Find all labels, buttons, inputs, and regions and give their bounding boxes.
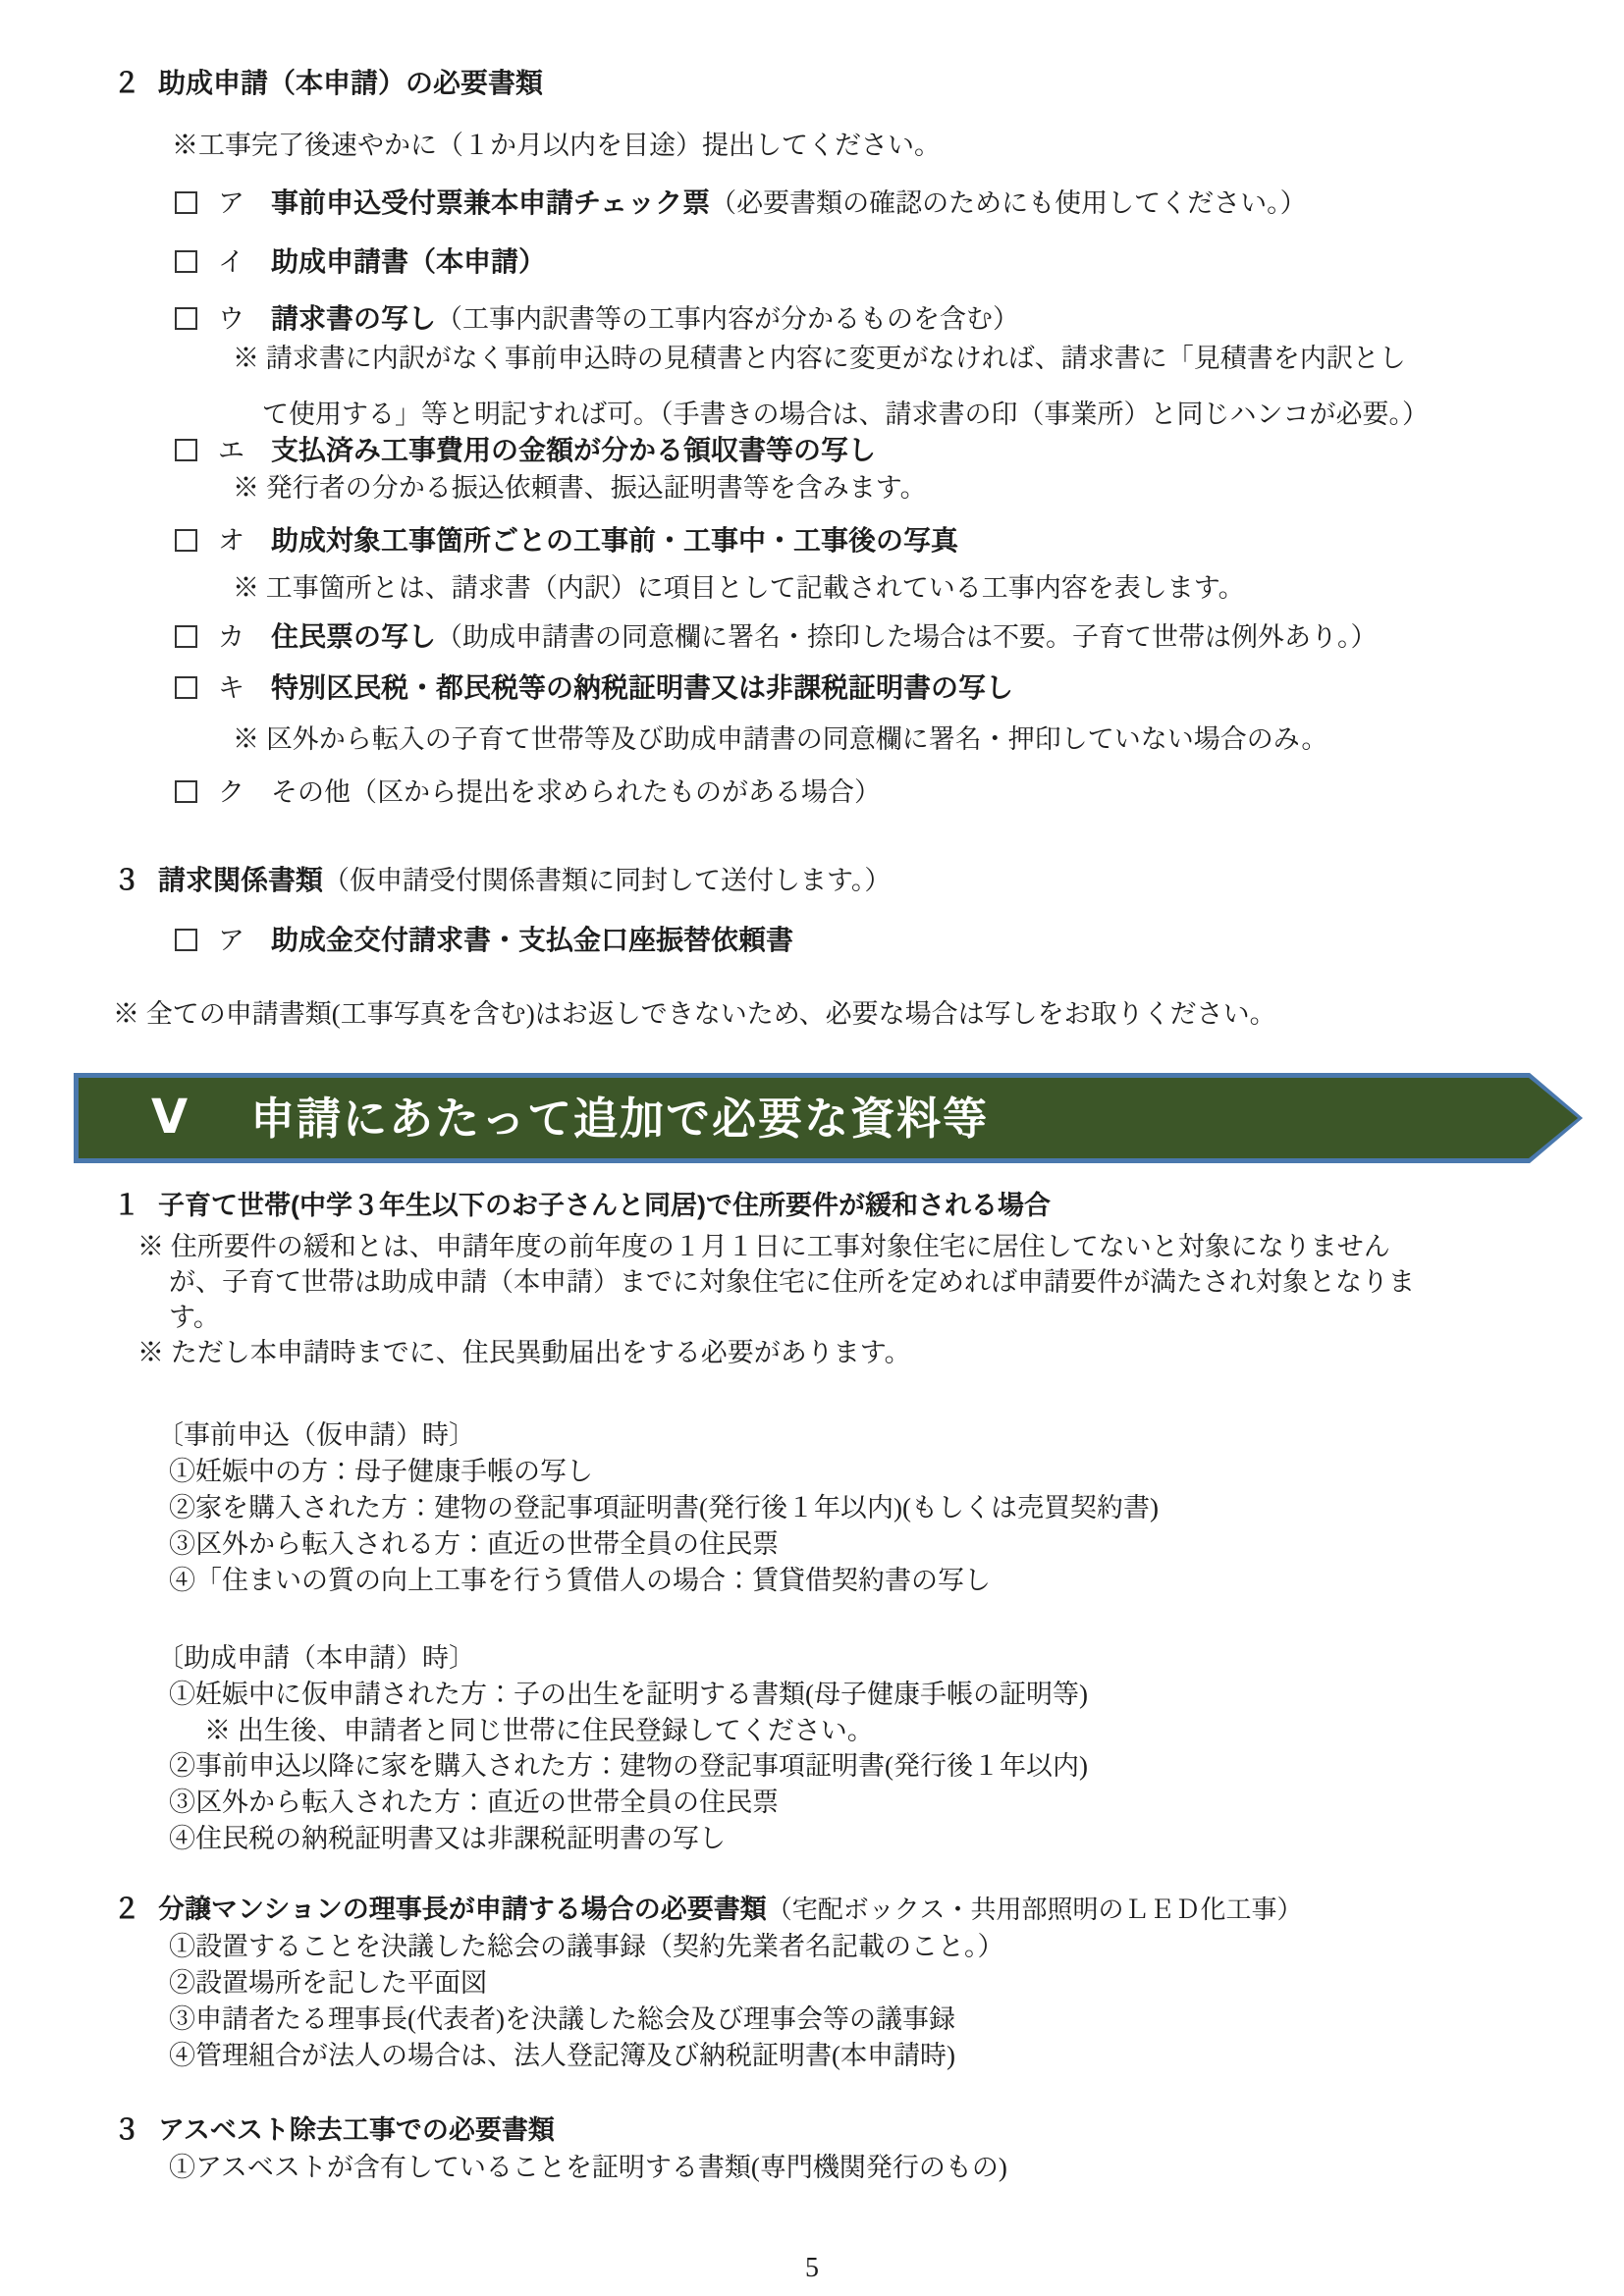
v2-item: ③申請者たる理事長(代表者)を決議した総会及び理事会等の議事録	[169, 2002, 1624, 2038]
v2-item: ①設置することを決議した総会の議事録（契約先業者名記載のこと。）	[169, 1929, 1624, 1965]
section-v2-suffix: （宅配ボックス・共用部照明のＬＥＤ化工事）	[767, 1895, 1303, 1924]
document-page: ２助成申請（本申請）の必要書類 ※工事完了後速やかに（１か月以内を目途）提出して…	[0, 0, 1624, 2296]
item-kana: カ	[218, 618, 247, 656]
item-kana: ウ	[218, 300, 247, 338]
section-v2-title: 分譲マンションの理事長が申請する場合の必要書類	[158, 1895, 767, 1924]
section-v3-number: ３	[113, 2111, 158, 2149]
item-suffix: （工事内訳書等の工事内容が分かるものを含む）	[436, 304, 1019, 334]
main-application-label: 〔助成申請（本申請）時〕	[157, 1640, 1624, 1677]
item-kana: エ	[218, 432, 247, 469]
section-3-number: ３	[113, 862, 158, 899]
section-v-banner-inner: Ⅴ 申請にあたって追加で必要な資料等	[79, 1078, 1578, 1158]
v1-note-line1: ※ 住所要件の緩和とは、申請年度の前年度の１月１日に工事対象住宅に居住してないと…	[137, 1229, 1624, 1264]
checklist-item-ku: ク その他（区から提出を求められたものがある場合）	[175, 774, 1624, 811]
item-name: 特別区民税・都民税等の納税証明書又は非課税証明書の写し	[271, 672, 1013, 703]
section-2-lead-note: ※工事完了後速やかに（１か月以内を目途）提出してください。	[172, 128, 1624, 163]
item-note: ※ 請求書に内訳がなく事前申込時の見積書と内容に変更がなければ、請求書に「見積書…	[233, 340, 1624, 377]
v2-item: ④管理組合が法人の場合は、法人登記簿及び納税証明書(本申請時)	[169, 2038, 1624, 2074]
section-3-title: 請求関係書類	[158, 865, 323, 895]
main-application-item: ③区外から転入された方：直近の世帯全員の住民票	[169, 1785, 1624, 1821]
section-v3-heading: ３アスベスト除去工事での必要書類	[113, 2111, 1624, 2150]
section-v2-heading: ２分譲マンションの理事長が申請する場合の必要書類（宅配ボックス・共用部照明のＬＥ…	[113, 1891, 1624, 1929]
return-documents-note: ※ 全ての申請書類(工事写真を含む)はお返しできないため、必要な場合は写しをお取…	[113, 996, 1624, 1032]
v3-item: ①アスベストが含有していることを証明する書類(専門機関発行のもの)	[169, 2150, 1624, 2186]
section-2-number: ２	[113, 65, 158, 102]
item-kana: ア	[218, 922, 247, 959]
checklist-item-u: ウ 請求書の写し（工事内訳書等の工事内容が分かるものを含む）	[175, 300, 1624, 338]
item-name: 助成金交付請求書・支払金口座振替依頼書	[271, 925, 793, 955]
item-note-continued: て使用する」等と明記すれば可。（手書きの場合は、請求書の印（事業所）と同じハンコ…	[262, 397, 1624, 432]
main-application-item: ①妊娠中に仮申請された方：子の出生を証明する書類(母子健康手帳の証明等)	[169, 1677, 1624, 1713]
checkbox-icon	[175, 191, 197, 214]
v2-item: ②設置場所を記した平面図	[169, 1965, 1624, 2002]
section-v1-heading: １子育て世帯(中学３年生以下のお子さんと同居)で住所要件が緩和される場合	[113, 1187, 1624, 1225]
section-v1-title: 子育て世帯(中学３年生以下のお子さんと同居)で住所要件が緩和される場合	[158, 1191, 1051, 1220]
section-3-suffix: （仮申請受付関係書類に同封して送付します。）	[323, 866, 891, 895]
checkbox-icon	[175, 676, 197, 699]
v1-note2: ※ ただし本申請時までに、住民異動届出をする必要があります。	[137, 1335, 1624, 1370]
item-kana: キ	[218, 669, 247, 707]
item-name: 支払済み工事費用の金額が分かる領収書等の写し	[271, 435, 876, 465]
checkbox-icon	[175, 625, 197, 648]
checkbox-icon	[175, 250, 197, 273]
item-kana: ア	[218, 185, 247, 222]
pre-application-item: ④「住まいの質の向上工事を行う賃借人の場合：賃貸借契約書の写し	[169, 1563, 1624, 1599]
pre-application-item: ②家を購入された方：建物の登記事項証明書(発行後１年以内)(もしくは売買契約書)	[169, 1490, 1624, 1526]
section-v-banner: Ⅴ 申請にあたって追加で必要な資料等	[74, 1073, 1583, 1163]
item-kana: オ	[218, 522, 247, 560]
page-number: 5	[0, 2251, 1624, 2286]
section-v3-title: アスベスト除去工事での必要書類	[158, 2115, 555, 2145]
checkbox-icon	[175, 307, 197, 330]
checklist-item-ki: キ 特別区民税・都民税等の納税証明書又は非課税証明書の写し	[175, 669, 1624, 707]
item-name-plain: その他（区から提出を求められたものがある場合）	[271, 774, 1624, 811]
checkbox-icon	[175, 929, 197, 951]
main-application-item: ④住民税の納税証明書又は非課税証明書の写し	[169, 1821, 1624, 1857]
item-kana: ク	[218, 774, 247, 811]
pre-application-label: 〔事前申込（仮申請）時〕	[157, 1417, 1624, 1454]
item-name: 助成申請書（本申請）	[271, 246, 546, 277]
checklist-item-a: ア 事前申込受付票兼本申請チェック票（必要書類の確認のためにも使用してください。…	[175, 185, 1624, 222]
checkbox-icon	[175, 780, 197, 803]
main-application-item: ②事前申込以降に家を購入された方：建物の登記事項証明書(発行後１年以内)	[169, 1748, 1624, 1785]
section-v-number: Ⅴ	[151, 1095, 188, 1142]
item-name: 助成対象工事箇所ごとの工事前・工事中・工事後の写真	[271, 525, 958, 556]
section-v1-number: １	[113, 1187, 158, 1224]
v1-note-line2: が、子育て世帯は助成申請（本申請）までに対象住宅に住所を定めれば申請要件が満たさ…	[169, 1264, 1624, 1300]
checklist-item-i: イ 助成申請書（本申請）	[175, 243, 1624, 281]
checklist-item-e: エ 支払済み工事費用の金額が分かる領収書等の写し	[175, 432, 1624, 469]
main-application-item-note: ※ 出生後、申請者と同じ世帯に住民登録してください。	[204, 1713, 1624, 1748]
checkbox-icon	[175, 529, 197, 552]
item-suffix: （助成申請書の同意欄に署名・捺印した場合は不要。子育て世帯は例外あり。）	[436, 622, 1378, 652]
checklist-item-ka: カ 住民票の写し（助成申請書の同意欄に署名・捺印した場合は不要。子育て世帯は例外…	[175, 618, 1624, 656]
item-note: ※ 区外から転入の子育て世帯等及び助成申請書の同意欄に署名・押印していない場合の…	[233, 721, 1624, 758]
section-v2-number: ２	[113, 1891, 158, 1928]
pre-application-item: ①妊娠中の方：母子健康手帳の写し	[169, 1454, 1624, 1490]
checklist-item-o: オ 助成対象工事箇所ごとの工事前・工事中・工事後の写真	[175, 522, 1624, 560]
item-note: ※ 発行者の分かる振込依頼書、振込証明書等を含みます。	[233, 469, 1624, 507]
section-v-title: 申請にあたって追加で必要な資料等	[250, 1096, 989, 1141]
item-note: ※ 工事箇所とは、請求書（内訳）に項目として記載されている工事内容を表します。	[233, 569, 1624, 607]
section-2-title: 助成申請（本申請）の必要書類	[158, 68, 543, 98]
item-kana: イ	[218, 243, 247, 281]
item-name: 事前申込受付票兼本申請チェック票	[271, 187, 710, 218]
checklist-item-claim-a: ア 助成金交付請求書・支払金口座振替依頼書	[175, 922, 1624, 959]
pre-application-item: ③区外から転入される方：直近の世帯全員の住民票	[169, 1526, 1624, 1563]
item-name: 住民票の写し	[271, 621, 436, 652]
item-suffix: （必要書類の確認のためにも使用してください。）	[710, 188, 1307, 218]
section-3-heading: ３請求関係書類（仮申請受付関係書類に同封して送付します。）	[113, 862, 1624, 900]
item-name: 請求書の写し	[271, 303, 436, 334]
checkbox-icon	[175, 439, 197, 461]
section-2-heading: ２助成申請（本申請）の必要書類	[113, 65, 1624, 102]
v1-note-line3: す。	[169, 1300, 1624, 1335]
